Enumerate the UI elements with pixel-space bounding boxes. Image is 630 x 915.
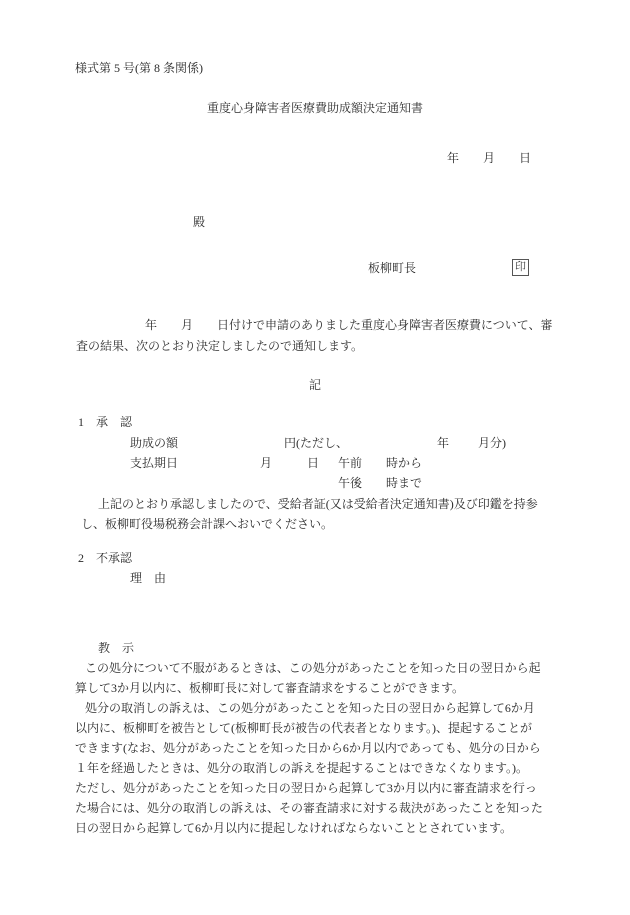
form-number: 様式第 5 号(第 8 条関係) — [75, 61, 203, 76]
approval-heading: 1 承 認 — [78, 415, 132, 430]
instruction-line: １年を経過したときは、処分の取消しの訴えを提起することはできなくなります。)。 — [75, 761, 528, 776]
payment-day-label: 日 — [307, 456, 319, 471]
disapproval-reason-label: 理 由 — [130, 571, 166, 586]
addressee-suffix: 殿 — [193, 215, 205, 230]
grant-month-label: 月分) — [478, 436, 506, 451]
grant-amount-label: 助成の額 — [130, 436, 178, 451]
grant-year-label: 年 — [437, 436, 449, 451]
seal-stamp: 印 — [512, 259, 529, 276]
document-title: 重度心身障害者医療費助成額決定通知書 — [0, 101, 630, 116]
notice-line-2: 査の結果、次のとおり決定しましたので通知します。 — [76, 339, 363, 354]
payment-month-label: 月 — [260, 456, 272, 471]
date-line: 年 月 日 — [447, 151, 531, 166]
instruction-line: この処分について不服があるときは、この処分があったことを知った日の翌日から起 — [85, 661, 541, 676]
payment-pm-label: 午後 時まで — [338, 476, 422, 491]
approval-note-line-1: 上記のとおり承認しましたので、受給者証(又は受給者決定通知書)及び印鑑を持参 — [98, 497, 538, 512]
instruction-line: た場合には、処分の取消しの訴えは、その審査請求に対する裁決があったことを知った — [75, 801, 543, 816]
notice-line-1: 年 月 日付けで申請のありました重度心身障害者医療費について、審 — [145, 318, 553, 333]
instruction-line: できます(なお、処分があったことを知った日から6か月以内であっても、処分の日から — [75, 741, 541, 756]
instruction-line: 以内に、板柳町を被告として(板柳町長が被告の代表者となります。)、提起することが — [75, 721, 532, 736]
instruction-heading: 教 示 — [98, 641, 134, 656]
record-mark: 記 — [0, 378, 630, 393]
document-page: 様式第 5 号(第 8 条関係) 重度心身障害者医療費助成額決定通知書 年 月 … — [0, 0, 630, 915]
disapproval-heading: 2 不承認 — [78, 551, 132, 566]
instruction-line: 算して3か月以内に、板柳町長に対して審査請求をすることができます。 — [75, 681, 464, 696]
instruction-line: 処分の取消しの訴えは、この処分があったことを知った日の翌日から起算して6か月 — [85, 701, 535, 716]
payment-date-label: 支払期日 — [130, 456, 178, 471]
issuer-name: 板柳町長 — [368, 261, 416, 276]
grant-amount-unit: 円(ただし、 — [284, 436, 348, 451]
instruction-line: ただし、処分があったことを知った日の翌日から起算して3か月以内に審査請求を行っ — [75, 781, 537, 796]
approval-note-line-2: し、板柳町役場税務会計課へおいでください。 — [81, 517, 333, 532]
payment-am-label: 午前 時から — [338, 456, 422, 471]
instruction-line: 日の翌日から起算して6か月以内に提起しなければならないこととされています。 — [75, 821, 512, 836]
